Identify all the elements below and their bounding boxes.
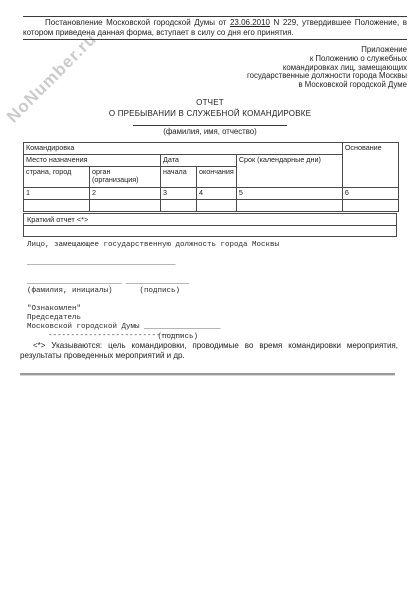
notice-block: Постановление Московской городской Думы … xyxy=(23,16,407,40)
brief-report-label: Краткий отчет <*> xyxy=(24,214,396,226)
blank-cell xyxy=(161,200,197,212)
signature-block: Лицо, замещающее государственную должнос… xyxy=(27,241,279,342)
duration-header-cell: Срок (календарные дни) xyxy=(236,155,342,188)
blank-cell xyxy=(342,200,398,212)
name-underline xyxy=(133,120,287,126)
date-header-cell: Дата xyxy=(161,155,237,167)
document-title: ОТЧЕТ О ПРЕБЫВАНИИ В СЛУЖЕБНОЙ КОМАНДИРО… xyxy=(0,98,420,119)
title-line-2: О ПРЕБЫВАНИИ В СЛУЖЕБНОЙ КОМАНДИРОВКЕ xyxy=(0,109,420,120)
blank-cell xyxy=(236,200,342,212)
table-row-header2: Место назначения Дата Срок (календарные … xyxy=(24,155,399,167)
brief-report-blank-row xyxy=(24,226,396,236)
blank-cell xyxy=(90,200,161,212)
date-end-cell: окончания xyxy=(197,167,237,188)
bottom-divider xyxy=(20,373,395,376)
basis-header-cell: Основание xyxy=(342,143,398,188)
col-number: 2 xyxy=(90,188,161,200)
notice-bottom-rule xyxy=(23,39,407,40)
country-city-cell: страна, город xyxy=(24,167,90,188)
notice-top-rule xyxy=(23,16,407,17)
col-number: 5 xyxy=(236,188,342,200)
notice-text-before: Постановление Московской городской Думы … xyxy=(45,18,230,27)
destination-header-cell: Место назначения xyxy=(24,155,161,167)
blank-cell xyxy=(24,200,90,212)
appendix-line: в Московской городской Думе xyxy=(167,81,407,90)
document-page: NoNumber.ru Постановление Московской гор… xyxy=(0,0,420,600)
date-start-cell: начала xyxy=(161,167,197,188)
title-line-1: ОТЧЕТ xyxy=(0,98,420,109)
footnote-separator: ------------------------------ xyxy=(48,332,183,340)
notice-paragraph: Постановление Московской городской Думы … xyxy=(23,18,407,38)
date-link[interactable]: 23.06.2010 xyxy=(230,18,270,27)
col-number: 3 xyxy=(161,188,197,200)
appendix-block: Приложение к Положению о служебных коман… xyxy=(167,46,407,90)
col-number: 1 xyxy=(24,188,90,200)
table-row-header1: Командировка Основание xyxy=(24,143,399,155)
col-number: 4 xyxy=(197,188,237,200)
table-row-blank xyxy=(24,200,399,212)
trip-header-cell: Командировка xyxy=(24,143,343,155)
brief-report-box: Краткий отчет <*> xyxy=(23,213,397,237)
footnote-text: <*> Указываются: цель командировки, пров… xyxy=(20,341,398,361)
trip-table: Командировка Основание Место назначения … xyxy=(23,142,399,212)
blank-cell xyxy=(197,200,237,212)
table-row-numbers: 1 2 3 4 5 6 xyxy=(24,188,399,200)
organ-cell: орган (организация) xyxy=(90,167,161,188)
col-number: 6 xyxy=(342,188,398,200)
name-caption: (фамилия, имя, отчество) xyxy=(0,127,420,136)
